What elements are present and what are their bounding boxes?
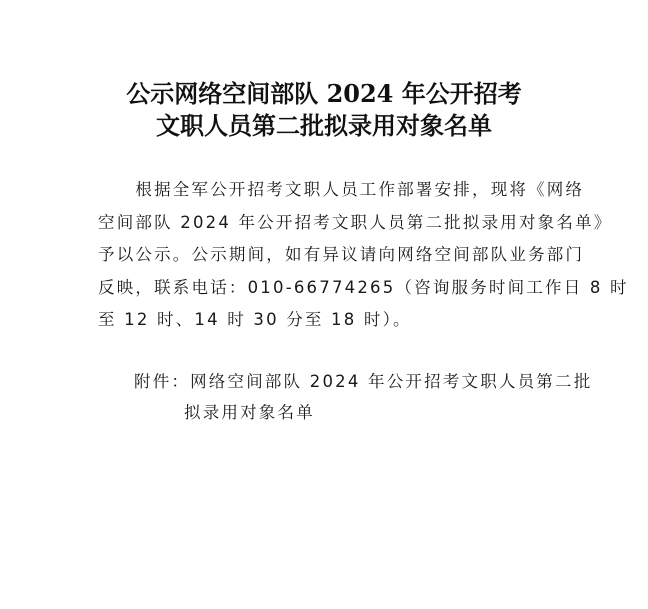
document-title: 公示网络空间部队 2024 年公开招考 文职人员第二批拟录用对象名单 xyxy=(0,78,648,142)
attachment-label: 附件： xyxy=(134,372,190,391)
body-line-3: 予以公示。公示期间，如有异议请向网络空间部队业务部门 xyxy=(98,239,550,272)
attachment-row-1: 附件：网络空间部队 2024 年公开招考文职人员第二批 xyxy=(134,366,592,397)
body-line-4: 反映，联系电话：010-66774265（咨询服务时间工作日 8 时 xyxy=(98,272,550,305)
title-line-2: 文职人员第二批拟录用对象名单 xyxy=(0,110,648,142)
body-line-2: 空间部队 2024 年公开招考文职人员第二批拟录用对象名单》 xyxy=(98,207,550,240)
attachment-title-line-1: 网络空间部队 2024 年公开招考文职人员第二批 xyxy=(190,372,592,391)
document-page: 公示网络空间部队 2024 年公开招考 文职人员第二批拟录用对象名单 根据全军公… xyxy=(0,0,648,609)
body-line-5: 至 12 时、14 时 30 分至 18 时）。 xyxy=(98,304,550,337)
notice-body: 根据全军公开招考文职人员工作部署安排，现将《网络 空间部队 2024 年公开招考… xyxy=(98,174,550,337)
title-line-1: 公示网络空间部队 2024 年公开招考 xyxy=(0,78,648,110)
body-line-1: 根据全军公开招考文职人员工作部署安排，现将《网络 xyxy=(98,174,550,207)
attachment-row-2: 拟录用对象名单 xyxy=(134,397,592,428)
attachment-section: 附件：网络空间部队 2024 年公开招考文职人员第二批 拟录用对象名单 xyxy=(134,366,592,428)
attachment-title-line-2: 拟录用对象名单 xyxy=(184,403,315,422)
